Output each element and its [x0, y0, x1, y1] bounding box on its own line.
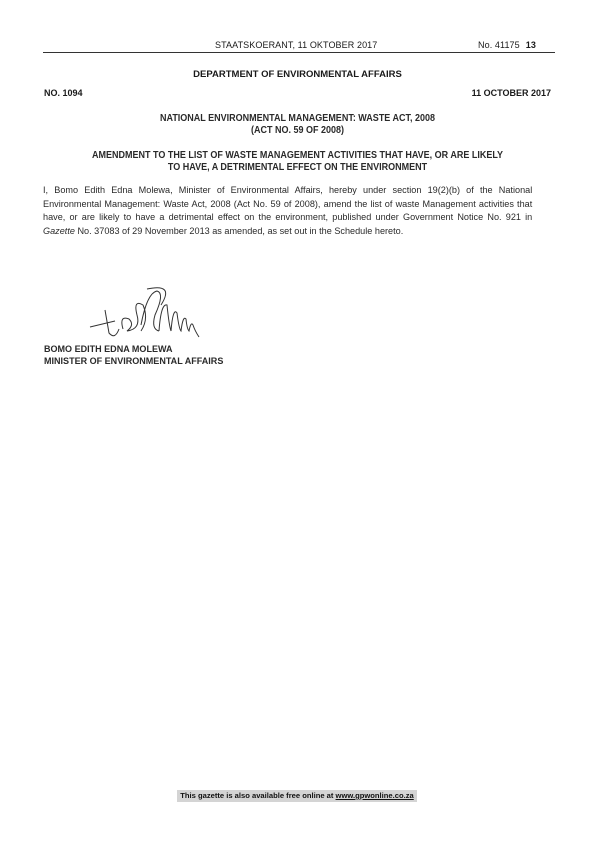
- amendment-title-line1: AMENDMENT TO THE LIST OF WASTE MANAGEMEN…: [30, 150, 566, 162]
- page-number: 13: [526, 40, 536, 50]
- act-title-line1: NATIONAL ENVIRONMENTAL MANAGEMENT: WASTE…: [30, 113, 566, 125]
- footer-text: This gazette is also available free onli…: [180, 791, 335, 800]
- signature-icon: [85, 285, 205, 345]
- body-gazette-word: Gazette: [43, 226, 75, 237]
- act-title-line2: (ACT NO. 59 OF 2008): [30, 125, 566, 137]
- notice-number: NO. 1094: [44, 88, 83, 98]
- amendment-title: AMENDMENT TO THE LIST OF WASTE MANAGEMEN…: [30, 150, 566, 174]
- act-title: NATIONAL ENVIRONMENTAL MANAGEMENT: WASTE…: [30, 113, 566, 137]
- department-heading: DEPARTMENT OF ENVIRONMENTAL AFFAIRS: [0, 69, 595, 80]
- footer-link[interactable]: www.gpwonline.co.za: [336, 791, 414, 800]
- body-part1: I, Bomo Edith Edna Molewa, Minister of E…: [43, 185, 532, 223]
- notice-date: 11 OCTOBER 2017: [472, 88, 551, 98]
- gazette-number: No. 41175: [478, 40, 520, 50]
- notice-body: I, Bomo Edith Edna Molewa, Minister of E…: [43, 184, 532, 238]
- header-divider: [43, 52, 555, 53]
- footer-banner: This gazette is also available free onli…: [177, 790, 417, 802]
- amendment-title-line2: TO HAVE, A DETRIMENTAL EFFECT ON THE ENV…: [30, 162, 566, 174]
- signatory-title: MINISTER OF ENVIRONMENTAL AFFAIRS: [44, 356, 223, 367]
- gazette-header-title: STAATSKOERANT, 11 OKTOBER 2017: [215, 40, 377, 50]
- gazette-header-number: No. 4117513: [478, 40, 536, 50]
- body-part2: No. 37083 of 29 November 2013 as amended…: [75, 226, 403, 237]
- signatory-name: BOMO EDITH EDNA MOLEWA: [44, 344, 173, 355]
